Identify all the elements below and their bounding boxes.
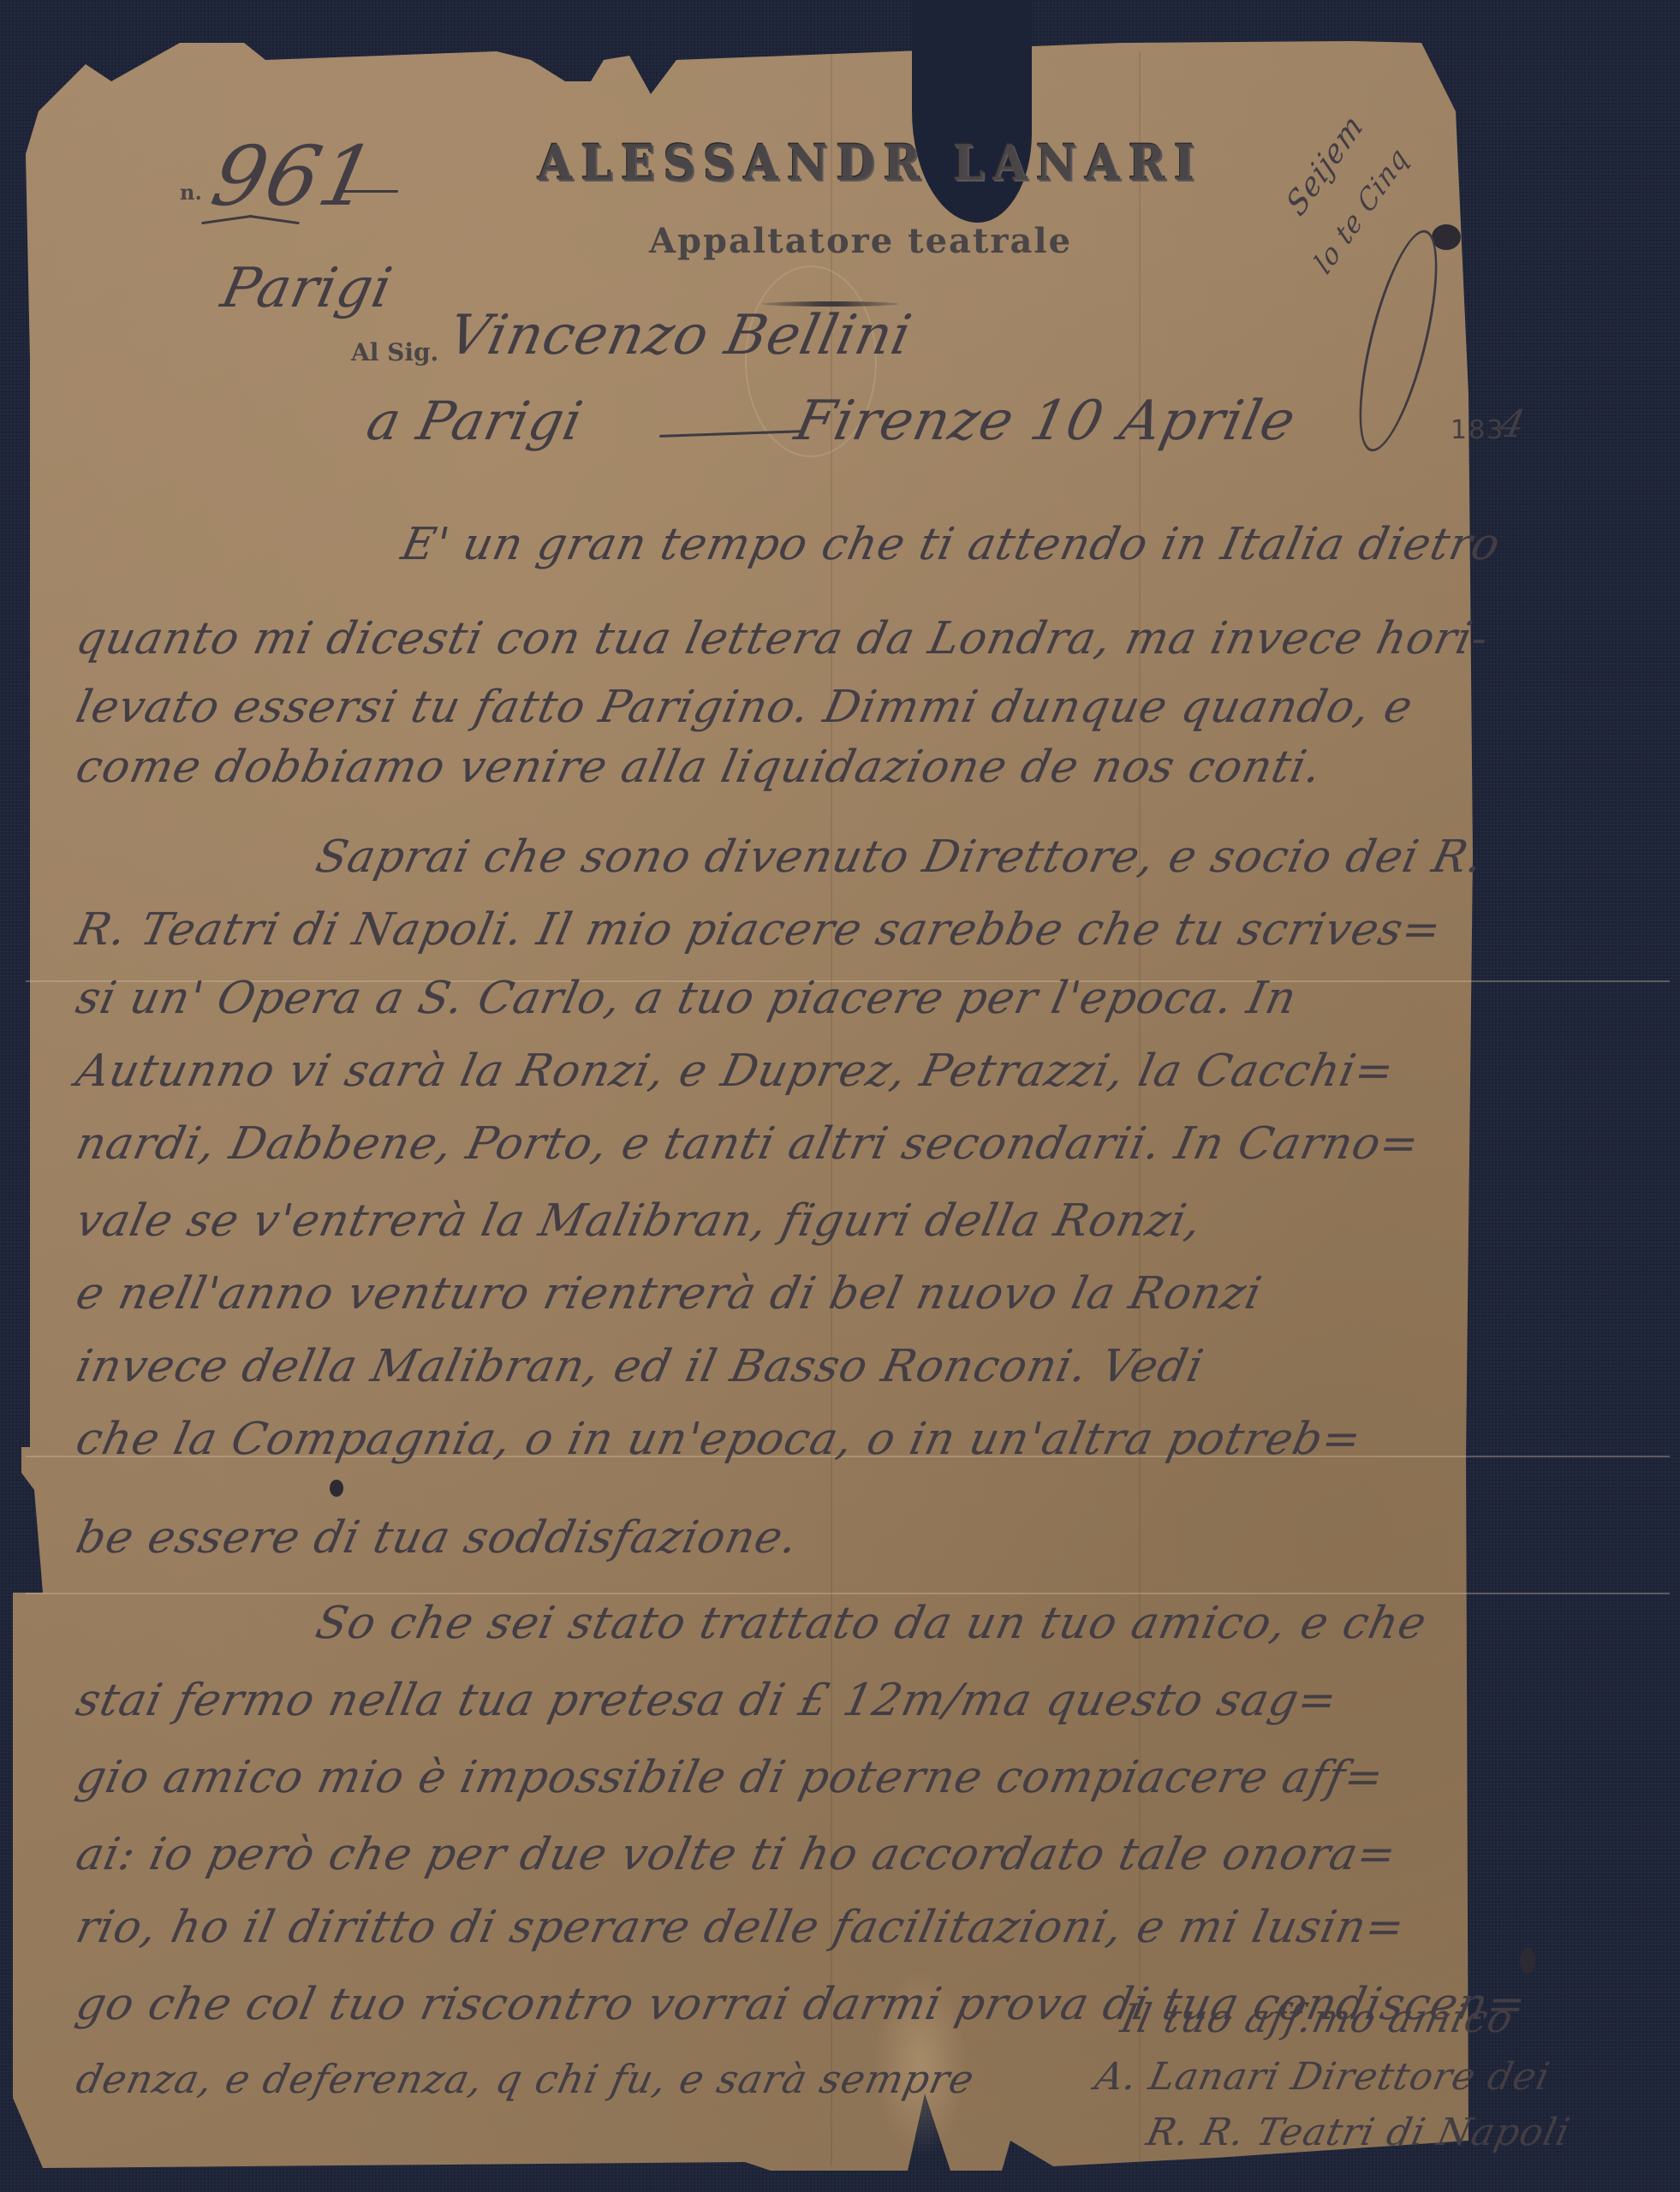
ink-blot xyxy=(1520,1948,1535,1974)
body-line: be essere di tua soddisfazione. xyxy=(72,1516,801,1560)
body-line: E' un gran tempo che ti attendo in Itali… xyxy=(397,522,1504,567)
addressee-prefix: Al Sig. xyxy=(351,338,438,366)
body-line: che la Compagnia, o in un'epoca, o in un… xyxy=(72,1417,1365,1462)
body-line: rio, ho il diritto di sperare delle faci… xyxy=(72,1905,1409,1950)
body-line: R. Teatri di Napoli. Il mio piacere sare… xyxy=(72,908,1445,952)
body-line: vale se v'entrerà la Malibran, figuri de… xyxy=(72,1199,1206,1243)
body-line: ai: io però che per due volte ti ho acco… xyxy=(72,1832,1400,1877)
letter-number: 961 xyxy=(204,128,384,224)
letterhead-subtitle: Appaltatore teatrale xyxy=(649,221,1072,261)
fold-line xyxy=(26,1593,1670,1594)
ink-blot xyxy=(1432,224,1461,250)
body-line: Autunno vi sarà la Ronzi, e Duprez, Petr… xyxy=(72,1049,1398,1093)
body-line: gio amico mio è impossibile di poterne c… xyxy=(72,1755,1387,1800)
letterhead-name: ALESSANDR LANARI xyxy=(538,134,1203,192)
addressee-name: Vincenzo Bellini xyxy=(443,304,917,367)
body-line: invece della Malibran, ed il Basso Ronco… xyxy=(72,1344,1207,1389)
body-line: come dobbiamo venire alla liquidazione d… xyxy=(72,745,1326,789)
addressee-place: a Parigi xyxy=(361,390,588,452)
body-line: nardi, Dabbene, Porto, e tanti altri sec… xyxy=(72,1122,1423,1166)
body-line: So che sei stato trattato da un tuo amic… xyxy=(312,1601,1430,1646)
signature: A. Lanari Direttore dei xyxy=(1092,2055,1554,2099)
body-line: e nell'anno venturo rientrerà di bel nuo… xyxy=(72,1272,1266,1316)
signature-title: R. R. Teatri di Napoli xyxy=(1143,2111,1575,2154)
closing-salutation: Il tuo aff.mo amico xyxy=(1117,1995,1517,2041)
body-line: levato essersi tu fatto Parigino. Dimmi … xyxy=(72,685,1416,730)
body-line: denza, e deferenza, q chi fu, e sarà sem… xyxy=(73,2059,978,2099)
body-line: si un' Opera a S. Carlo, a tuo piacere p… xyxy=(72,976,1300,1021)
number-underline xyxy=(338,190,398,193)
ink-blot xyxy=(330,1480,343,1497)
date-place: Firenze 10 Aprile xyxy=(789,390,1302,453)
number-prefix: n. xyxy=(180,180,202,205)
body-line: quanto mi dicesti con tua lettera da Lon… xyxy=(72,616,1492,661)
body-line: stai fermo nella tua pretesa di £ 12m/ma… xyxy=(72,1678,1341,1723)
body-line: Saprai che sono divenuto Direttore, e so… xyxy=(312,835,1487,879)
origin-note: Parigi xyxy=(216,257,398,320)
